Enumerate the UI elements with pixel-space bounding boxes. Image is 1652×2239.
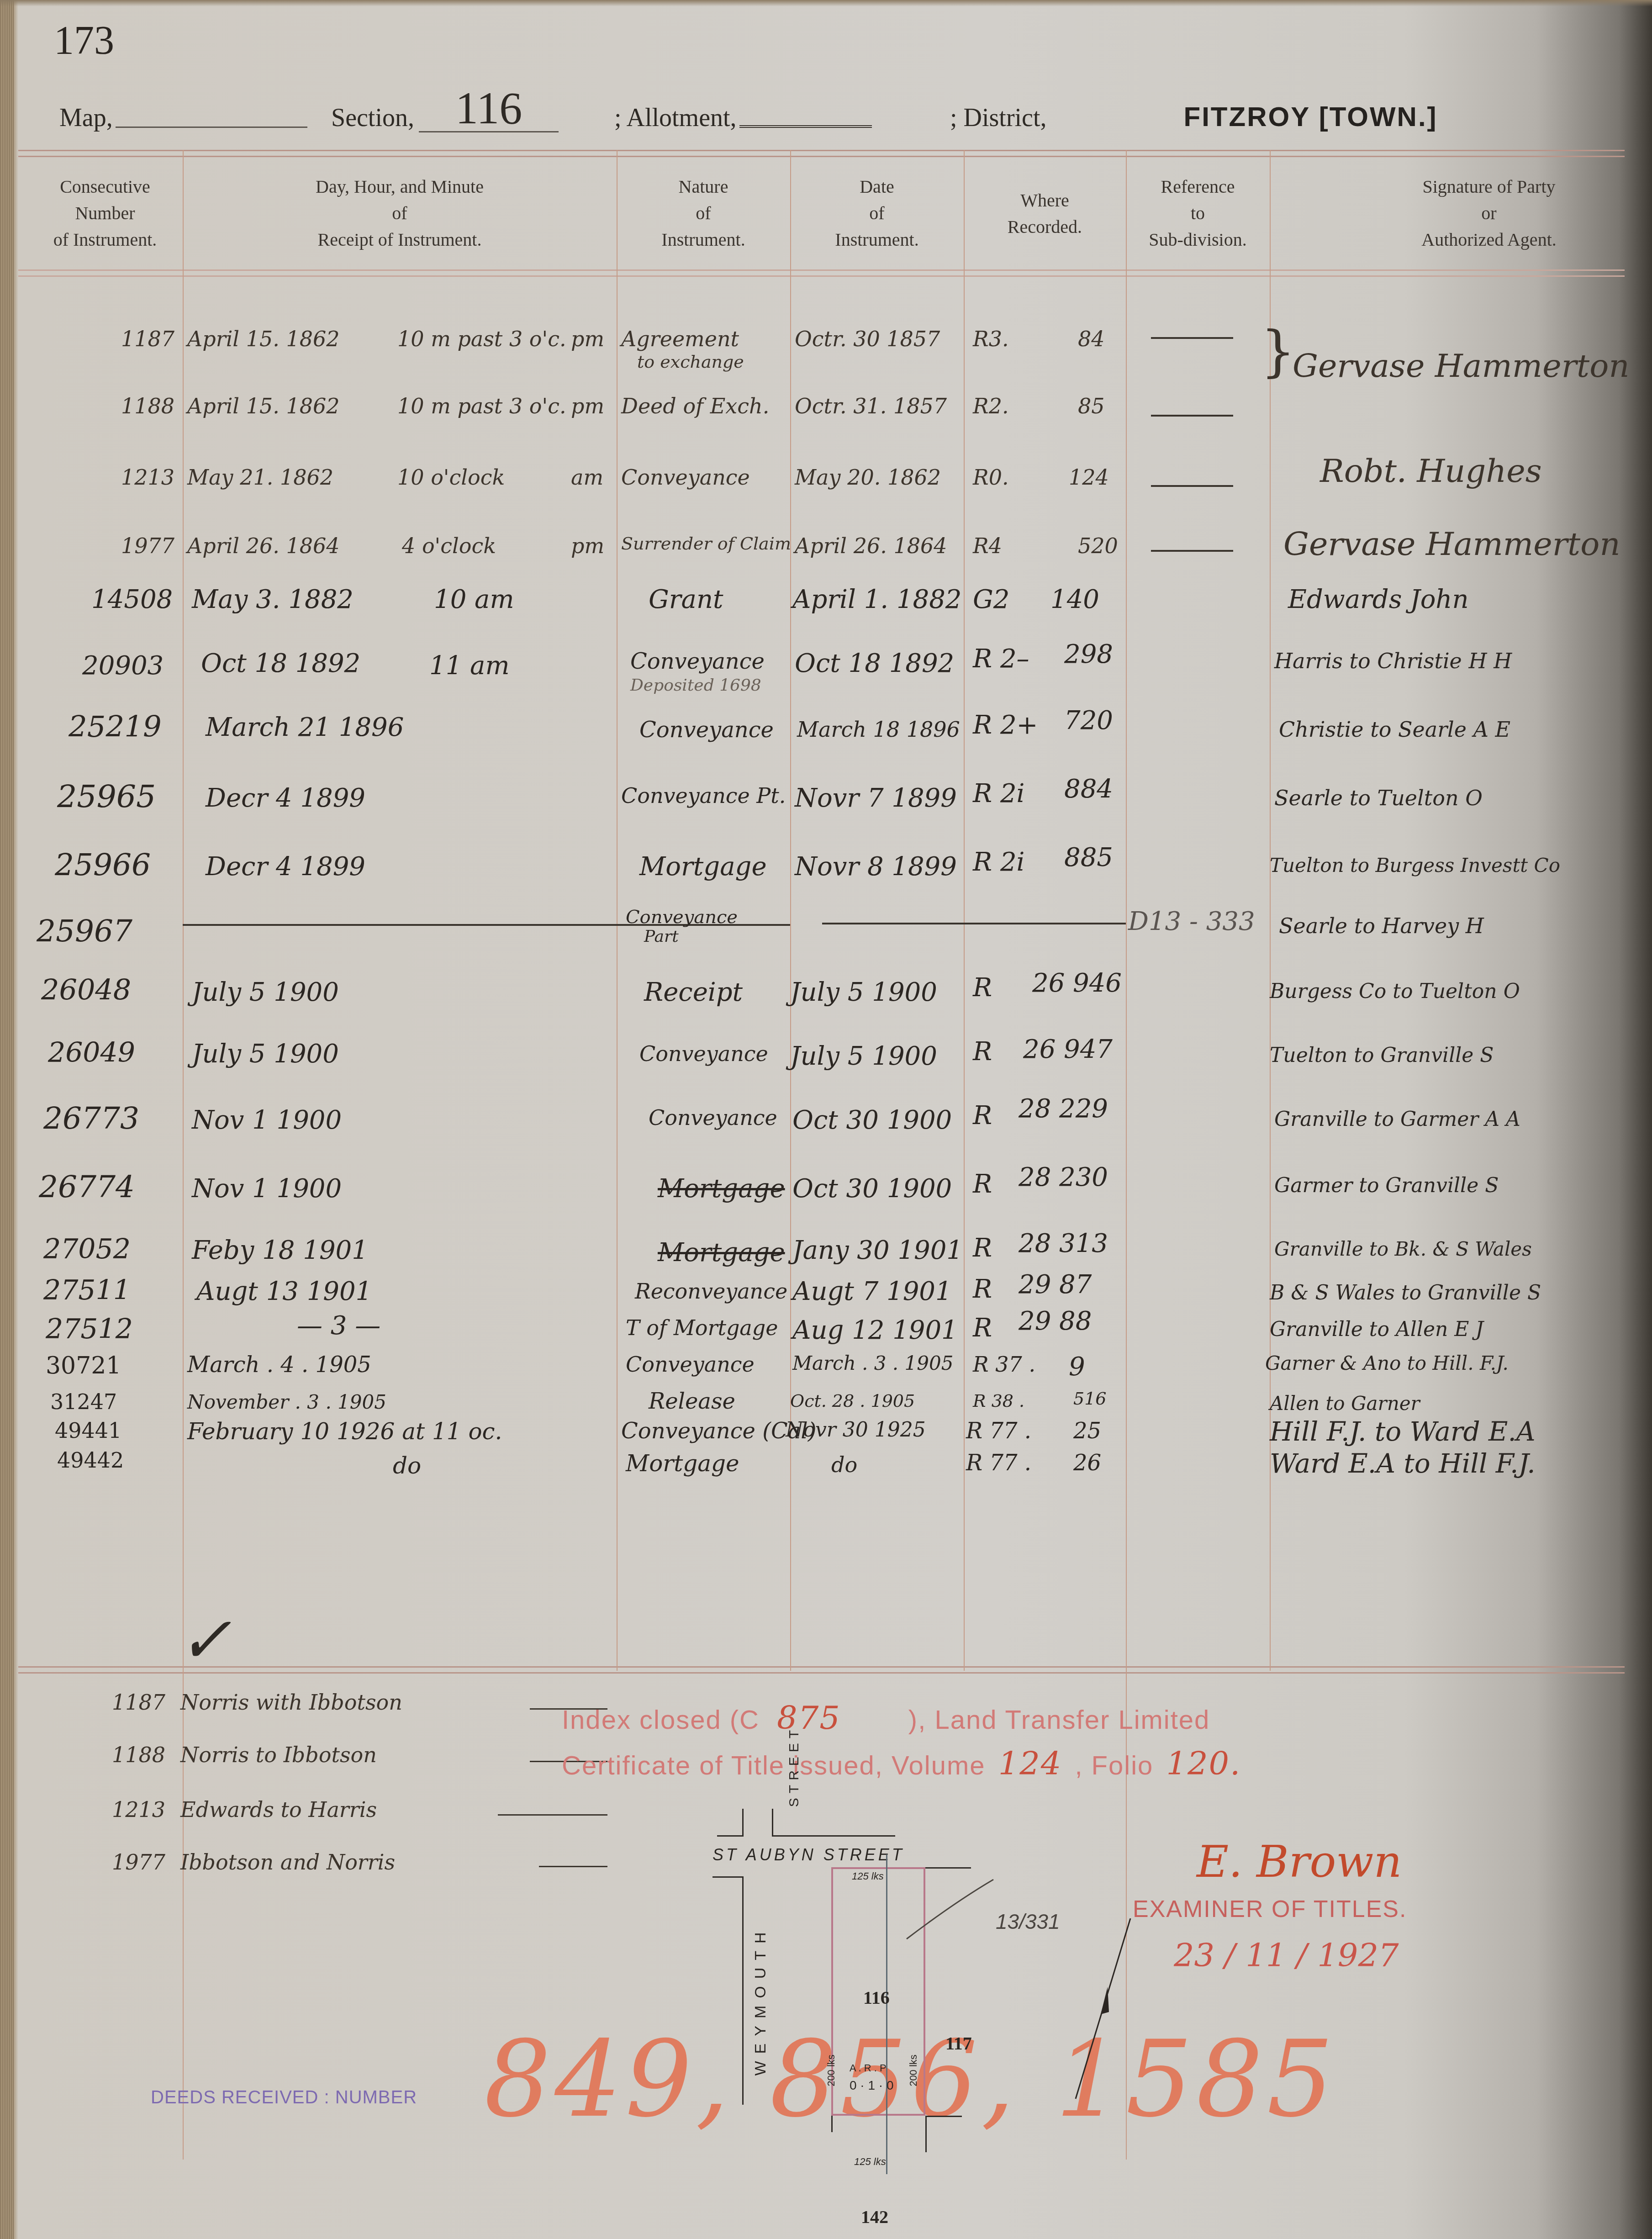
row-number: 1187 (121, 327, 174, 351)
row-date: Novr 7 1899 (795, 783, 957, 813)
row-date: Oct 30 1900 (792, 1105, 952, 1135)
row-recorded-book: R3. (973, 327, 1009, 351)
row-number: 49441 (55, 1418, 121, 1443)
lot-number-main: 116 (863, 1987, 890, 2008)
row-recorded-page: 26 946 (1032, 968, 1122, 998)
row-nature: Conveyance (649, 1105, 777, 1130)
column-divider (964, 150, 965, 1671)
map-label: Map, (59, 103, 113, 132)
row-receipt-suffix: pm (571, 533, 604, 558)
row-recorded-book: R 77 . (966, 1418, 1031, 1444)
row-date: May 20. 1862 (795, 465, 941, 490)
ledger-page: 173 Map, Section, 116 ; Allotment, ; Dis… (0, 0, 1652, 2239)
allotment-field: ; Allotment, (614, 78, 875, 132)
row-receipt-time: 10 m past 3 o'c. (397, 327, 566, 351)
row-recorded-book: R 38 . (973, 1391, 1024, 1411)
street-edge (742, 1876, 744, 2105)
row-receipt-suffix: am (571, 465, 603, 490)
row-recorded-book: R 2+ (973, 710, 1038, 740)
lot-number-below: 142 (861, 2206, 888, 2228)
row-recorded-book: R 2i (973, 847, 1025, 877)
row-number: 1188 (121, 394, 174, 418)
row-number: 20903 (82, 651, 164, 681)
row-signature: Christie to Searle A E (1279, 717, 1510, 742)
column-head-rule (18, 269, 1625, 277)
row-number: 31247 (50, 1389, 117, 1414)
row-receipt-day: — 3 — (297, 1311, 380, 1341)
row-recorded-book: R (973, 1274, 992, 1304)
examiner-date: 23 / 11 / 1927 (1174, 1937, 1399, 1974)
division-line (886, 1854, 887, 2174)
row-date: March . 3 . 1905 (792, 1352, 953, 1374)
row-date: April 1. 1882 (792, 585, 961, 614)
section-value: 116 (419, 85, 559, 132)
row-receipt-day: November . 3 . 1905 (187, 1391, 386, 1413)
row-date: Oct 30 1900 (792, 1174, 952, 1204)
row-recorded-book: R (973, 1101, 992, 1130)
row-receipt-day: Decr 4 1899 (206, 783, 365, 813)
row-signature: Searle to Tuelton O (1274, 786, 1483, 810)
row-nature: T of Mortgage (626, 1315, 778, 1340)
row-number: 30721 (46, 1352, 121, 1379)
memo-text: Edwards to Harris (180, 1797, 377, 1822)
column-header-receipt: Day, Hour, and Minute of Receipt of Inst… (183, 174, 617, 269)
checkmark-icon: ✓ (178, 1603, 232, 1678)
row-signature: Tuelton to Granville S (1270, 1044, 1494, 1067)
street-edge (717, 1835, 744, 1837)
row-number: 25966 (55, 847, 151, 882)
district-field: ; District, FITZROY [TOWN.] (950, 78, 1438, 132)
row-receipt-day: March . 4 . 1905 (187, 1352, 371, 1378)
row-number: 26774 (39, 1169, 135, 1204)
map-field: Map, (59, 78, 310, 132)
row-recorded-page: 85 (1078, 394, 1105, 418)
row-reference-dash (1151, 485, 1233, 487)
certificate-prefix: Certificate of Title issued, Volume (562, 1751, 986, 1780)
row-recorded-book: R 37 . (973, 1352, 1035, 1377)
row-nature: Mortgage (626, 1450, 739, 1477)
district-value: FITZROY [TOWN.] (1184, 101, 1438, 132)
row-nature: Conveyance (621, 465, 750, 490)
row-receipt-day: Decr 4 1899 (206, 852, 365, 882)
street-name-suffix: STREET (786, 1726, 802, 1807)
row-receipt-time: 11 am (429, 651, 510, 681)
row-number: 14508 (91, 585, 173, 614)
row-receipt-time: 4 o'clock (402, 533, 496, 558)
row-date: Aug 12 1901 (792, 1315, 958, 1345)
index-closed-stamp: Index closed (C 875 ), Land Transfer Lim… (562, 1699, 1210, 1737)
row-number: 26773 (43, 1101, 139, 1136)
section-label: Section, (331, 103, 414, 132)
row-nature: Conveyance (639, 717, 774, 743)
row-number: 27512 (46, 1313, 133, 1345)
row-number: 27511 (43, 1274, 131, 1306)
deeds-received-stamp: DEEDS RECEIVED : NUMBER (151, 2087, 417, 2108)
row-signature: Granville to Allen E J (1270, 1318, 1483, 1341)
row-recorded-page: 25 (1073, 1418, 1101, 1444)
row-receipt-day: July 5 1900 (192, 1039, 339, 1069)
book-page-edge (0, 0, 14, 2239)
row-signature: Harris to Christie H H (1274, 649, 1512, 673)
row-number: 26048 (41, 973, 131, 1006)
row-recorded-book: R4 (973, 533, 1002, 558)
memo-text: Ibbotson and Norris (180, 1850, 395, 1875)
row-recorded-page: 298 (1064, 639, 1113, 669)
certificate-volume: 124 (998, 1745, 1062, 1782)
row-nature: Conveyance (639, 1041, 768, 1066)
row-date: Novr 30 1925 (786, 1418, 926, 1442)
row-recorded-book: R (973, 1037, 992, 1067)
examiner-title-stamp: EXAMINER OF TITLES. (1133, 1896, 1407, 1923)
column-header-reference: Reference to Sub-division. (1126, 174, 1270, 269)
brace-icon: } (1261, 320, 1295, 383)
memo-text: Norris with Ibbotson (180, 1690, 402, 1715)
row-nature: Release (649, 1389, 735, 1414)
memo-text: Norris to Ibbotson (180, 1743, 377, 1767)
row-recorded-book: R (973, 973, 992, 1003)
bottom-dimension: 125 lks (854, 2156, 886, 2168)
row-signature: Gervase Hammerton (1293, 347, 1629, 385)
subdivision-reference: 13/331 (996, 1909, 1060, 1934)
row-nature: Conveyance (626, 1352, 755, 1377)
row-recorded-page: 84 (1078, 327, 1105, 351)
section-field: Section, 116 (331, 78, 563, 132)
row-receipt-day: May 21. 1862 (187, 465, 333, 490)
row-recorded-page: 885 (1064, 843, 1113, 872)
row-signature: Robt. Hughes (1320, 452, 1542, 490)
row-number: 1977 (121, 533, 174, 558)
leader-line-icon (904, 1877, 996, 1941)
memo-number: 1188 (112, 1743, 165, 1767)
row-date: Oct 18 1892 (795, 649, 954, 678)
row-number: 27052 (43, 1233, 131, 1265)
row-recorded-book: R0. (973, 465, 1009, 490)
right-dimension: 200 lks (908, 2054, 919, 2086)
allotment-label: ; Allotment, (614, 103, 737, 132)
row-reference-dash (1151, 550, 1233, 552)
row-nature-note: to exchange (637, 352, 744, 372)
row-number: 25965 (57, 779, 156, 815)
page-number: 173 (54, 17, 114, 63)
area-header: A . R . P (850, 2062, 887, 2074)
row-number: 25967 (37, 914, 132, 949)
row-recorded-page: 29 88 (1019, 1306, 1092, 1336)
table-bottom-rule (18, 1666, 1625, 1674)
row-recorded-page: 884 (1064, 774, 1113, 804)
column-header-recorded: Where Recorded. (964, 187, 1126, 283)
row-recorded-page: 516 (1073, 1389, 1107, 1409)
north-arrow-icon (1073, 1918, 1133, 2101)
row-receipt-day: Oct 18 1892 (201, 649, 360, 678)
street-edge (742, 1809, 744, 1836)
left-dimension: 200 lks (825, 2054, 837, 2086)
street-edge (713, 1876, 744, 1878)
row-nature: Mortgage (658, 1238, 785, 1267)
row-nature: Conveyance (630, 649, 765, 674)
row-recorded-book: R (973, 1313, 992, 1343)
certificate-stamp: Certificate of Title issued, Volume 124 … (562, 1745, 1241, 1782)
row-number: 25219 (69, 710, 162, 744)
row-nature: Mortgage (639, 852, 767, 882)
column-header-signature: Signature of Party or Authorized Agent. (1361, 174, 1617, 269)
row-number: 1213 (121, 465, 174, 490)
certificate-folio: 120. (1166, 1745, 1241, 1782)
index-closed-prefix: Index closed (C (562, 1705, 760, 1735)
row-signature: Granville to Bk. & S Wales (1274, 1238, 1532, 1260)
index-closed-suffix: ), Land Transfer Limited (908, 1705, 1210, 1735)
row-number: 49442 (57, 1448, 124, 1473)
street-edge (772, 1835, 895, 1837)
column-divider (1126, 150, 1127, 2160)
row-signature: Searle to Harvey H (1279, 914, 1484, 938)
row-receipt-time: 10 am (434, 585, 514, 614)
row-signature: Granville to Garmer A A (1274, 1108, 1520, 1131)
row-recorded-book: G2 (973, 585, 1009, 614)
street-name-st-aubyn: ST AUBYN STREET (713, 1845, 905, 1864)
row-date: Augt 7 1901 (792, 1277, 952, 1306)
street-edge (925, 1867, 971, 1869)
header-rule (18, 150, 1625, 157)
column-header-number: Consecutive Number of Instrument. (27, 174, 183, 269)
row-receipt-day: July 5 1900 (192, 977, 339, 1007)
row-receipt-suffix: pm (571, 327, 604, 351)
memo-dash (539, 1866, 607, 1867)
row-nature: Grant (649, 585, 723, 614)
row-recorded-page: 140 (1050, 585, 1099, 614)
row-nature: Receipt (644, 977, 743, 1007)
row-recorded-book: R2. (973, 394, 1009, 418)
row-date: July 5 1900 (790, 977, 937, 1007)
row-recorded-book: R 2i (973, 779, 1025, 808)
row-signature: Tuelton to Burgess Investt Co (1270, 854, 1560, 877)
row-signature: B & S Wales to Granville S (1270, 1281, 1541, 1304)
row-recorded-page: 28 313 (1019, 1229, 1108, 1258)
row-date: Novr 8 1899 (795, 852, 957, 882)
column-divider (617, 150, 618, 1671)
row-receipt-suffix: pm (571, 394, 604, 418)
row-receipt-day: do (393, 1452, 421, 1479)
row-receipt-day: April 26. 1864 (187, 533, 340, 558)
allotment-value (739, 121, 872, 128)
examiner-signature: E. Brown (1197, 1836, 1402, 1887)
row-nature-note: Part (644, 927, 679, 946)
row-receipt-time: 10 o'clock (397, 465, 505, 490)
street-name-weymouth: WEYMOUTH (752, 1925, 770, 2075)
column-header-nature: Nature of Instrument. (617, 174, 790, 269)
row-number: 26049 (48, 1037, 135, 1069)
district-label: ; District, (950, 103, 1047, 132)
allotment-map-sketch: ST AUBYN STREET WEYMOUTH STREET 116 117 … (703, 1809, 1114, 2092)
row-receipt-day: April 15. 1862 (187, 394, 340, 418)
row-receipt-time: 10 m past 3 o'c. (397, 394, 566, 418)
row-date: Octr. 30 1857 (795, 327, 940, 351)
row-rule (822, 923, 1126, 924)
row-reference-dash (1151, 415, 1233, 417)
row-recorded-page: 26 (1073, 1450, 1101, 1476)
memo-number: 1213 (112, 1797, 165, 1822)
row-receipt-day: May 3. 1882 (192, 585, 354, 614)
row-date: April 26. 1864 (795, 533, 947, 558)
row-receipt-day: April 15. 1862 (187, 327, 340, 351)
row-reference: D13 - 333 (1128, 907, 1255, 936)
row-recorded-page: 28 230 (1019, 1162, 1108, 1192)
row-receipt-day: March 21 1896 (206, 713, 404, 742)
street-edge (772, 1809, 773, 1836)
row-nature: Conveyance (626, 907, 738, 928)
row-receipt-day: Feby 18 1901 (192, 1236, 368, 1265)
row-date: March 18 1896 (797, 717, 960, 742)
top-dimension: 125 lks (852, 1870, 884, 1882)
row-recorded-page: 9 (1069, 1352, 1085, 1382)
row-date: do (831, 1452, 857, 1477)
memo-dash (498, 1814, 607, 1816)
street-edge (925, 2116, 962, 2117)
row-nature: Agreement (621, 327, 739, 351)
row-nature-note: Deposited 1698 (630, 676, 761, 695)
row-receipt-day: Nov 1 1900 (192, 1105, 342, 1135)
row-signature: Ward E.A to Hill F.J. (1270, 1448, 1536, 1479)
row-signature: Burgess Co to Tuelton O (1270, 980, 1520, 1003)
row-recorded-page: 520 (1078, 533, 1118, 558)
row-recorded-page: 28 229 (1019, 1094, 1108, 1124)
row-date: July 5 1900 (790, 1041, 937, 1071)
row-recorded-book: R (973, 1169, 992, 1199)
row-receipt-day: February 10 1926 at 11 oc. (187, 1418, 502, 1445)
row-nature: Mortgage (658, 1174, 785, 1204)
row-recorded-page: 29 87 (1019, 1270, 1092, 1299)
row-recorded-page: 26 947 (1023, 1035, 1113, 1064)
row-recorded-page: 720 (1064, 706, 1113, 735)
street-edge (925, 2116, 927, 2152)
row-nature: Conveyance Pt. (621, 783, 786, 808)
row-nature: Deed of Exch. (621, 394, 769, 418)
map-value (116, 122, 307, 128)
row-signature: Garner & Ano to Hill. F.J. (1265, 1352, 1509, 1374)
row-signature: Edwards John (1288, 585, 1469, 614)
row-recorded-book: R 2– (973, 644, 1029, 674)
row-signature: Garmer to Granville S (1274, 1174, 1499, 1197)
row-nature: Surrender of Claim (621, 533, 791, 554)
memo-number: 1977 (112, 1850, 165, 1875)
row-reference-dash (1151, 337, 1233, 339)
row-recorded-book: R (973, 1233, 992, 1263)
row-receipt-day: Nov 1 1900 (192, 1174, 342, 1204)
area-value: 0 · 1 · 0 (850, 2078, 893, 2093)
lot-number-right: 117 (945, 2033, 972, 2054)
memo-number: 1187 (112, 1690, 165, 1715)
row-recorded-page: 124 (1069, 465, 1109, 490)
row-nature: Reconveyance (635, 1279, 787, 1304)
column-header-date: Date of Instrument. (790, 174, 964, 269)
row-signature: Gervase Hammerton (1283, 525, 1620, 563)
row-date: Jany 30 1901 (792, 1236, 963, 1265)
row-receipt-day: Augt 13 1901 (196, 1277, 372, 1306)
row-signature: Hill F.J. to Ward E.A (1270, 1416, 1536, 1447)
row-signature: Allen to Garner (1270, 1392, 1420, 1415)
row-date: Octr. 31. 1857 (795, 394, 947, 418)
certificate-folio-label: , Folio (1075, 1751, 1153, 1780)
row-recorded-book: R 77 . (966, 1450, 1031, 1476)
row-date: Oct. 28 . 1905 (790, 1391, 915, 1411)
